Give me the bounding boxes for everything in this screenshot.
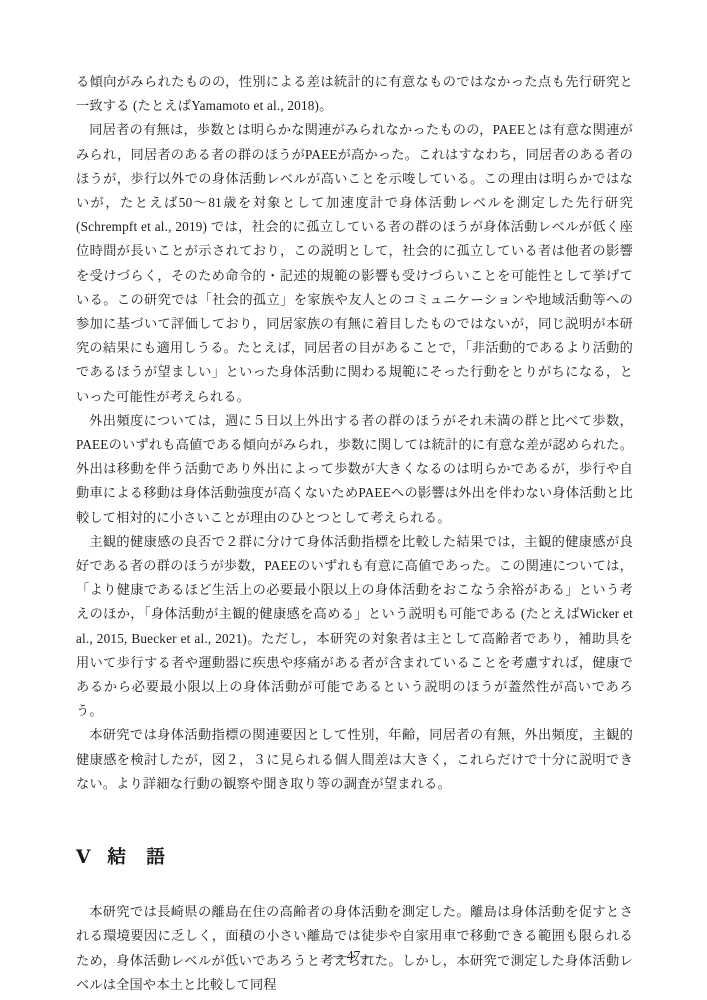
discussion-section: る傾向がみられたものの，性別による差は統計的に有意なものではなかった点も先行研究…	[76, 70, 633, 796]
paragraph: 主観的健康感の良否で２群に分けて身体活動指標を比較した結果では，主観的健康感が良…	[76, 530, 633, 724]
page-number: —47—	[333, 948, 374, 963]
paragraph: 外出頻度については，週に５日以上外出する者の群のほうがそれ未満の群と比べて歩数，…	[76, 409, 633, 530]
conclusion-heading: Ⅴ結 語	[76, 843, 633, 869]
page-content: る傾向がみられたものの，性別による差は統計的に有意なものではなかった点も先行研究…	[76, 70, 633, 997]
heading-title: 結 語	[107, 848, 166, 868]
paper-page: る傾向がみられたものの，性別による差は統計的に有意なものではなかった点も先行研究…	[0, 0, 707, 1000]
paragraph: 本研究では身体活動指標の関連要因として性別，年齢，同居者の有無，外出頻度，主観的…	[76, 723, 633, 796]
page-footer: —47—	[0, 948, 707, 964]
heading-number: Ⅴ	[76, 848, 91, 868]
paragraph: 同居者の有無は，歩数とは明らかな関連がみられなかったものの，PAEEとは有意な関…	[76, 118, 633, 408]
paragraph: る傾向がみられたものの，性別による差は統計的に有意なものではなかった点も先行研究…	[76, 70, 633, 118]
